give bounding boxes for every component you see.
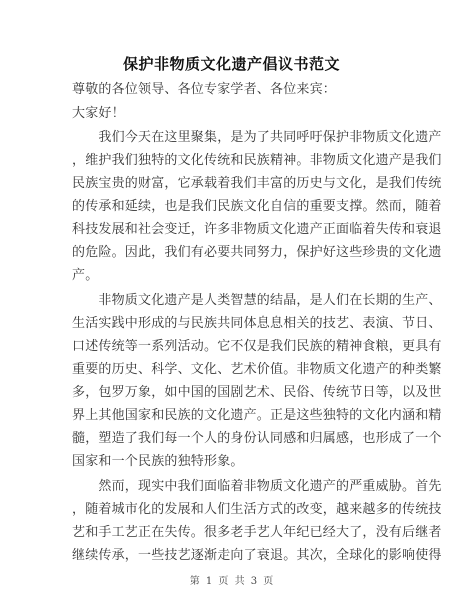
paragraph-line: 多，包罗万象，如中国的国剧艺术、民俗、传统节日等，以及世 (72, 381, 388, 401)
paragraph-line: 国家和一个民族的独特形象。 (72, 450, 388, 470)
document-title: 保护非物质文化遗产倡议书范文 (0, 53, 463, 74)
paragraph-line: 科技发展和社会变迁，许多非物质文化遗产正面临着失传和衰退 (72, 218, 388, 238)
paragraph-line: 生活实践中形成的与民族共同体息息相关的技艺、表演、节日、 (72, 312, 388, 332)
greeting: 大家好！ (72, 102, 388, 122)
paragraph-line: 重要的历史、科学、文化、艺术价值。非物质文化遗产的种类繁 (72, 358, 388, 378)
paragraph-line: 然而，现实中我们面临着非物质文化遗产的严重威胁。首先 (72, 475, 388, 495)
paragraph-line: 继续传承，一些技艺逐渐走向了衰退。其次，全球化的影响使得 (72, 544, 388, 564)
paragraph-line: 产。 (72, 264, 388, 284)
paragraph-line: 非物质文化遗产是人类智慧的结晶，是人们在长期的生产、 (72, 289, 388, 309)
paragraph-line: ，维护我们独特的文化传统和民族精神。非物质文化遗产是我们 (72, 149, 388, 169)
paragraph-line: 民族宝贵的财富，它承载着我们丰富的历史与文化，是我们传统 (72, 172, 388, 192)
paragraph-line: ，随着城市化的发展和人们生活方式的改变，越来越多的传统技 (72, 498, 388, 518)
page-number-footer: 第 1 页 共 3 页 (0, 572, 463, 587)
paragraph-line: 界上其他国家和民族的文化遗产。正是这些独特的文化内涵和精 (72, 404, 388, 424)
paragraph-line: 的传承和延续，也是我们民族文化自信的重要支撑。然而，随着 (72, 195, 388, 215)
paragraph-line: 的危险。因此，我们有必要共同努力，保护好这些珍贵的文化遗 (72, 241, 388, 261)
salutation: 尊敬的各位领导、各位专家学者、各位来宾： (72, 78, 388, 98)
paragraph-line: 髓，塑造了我们每一个人的身份认同感和归属感，也形成了一个 (72, 427, 388, 447)
paragraph-line: 艺和手工艺正在失传。很多老手艺人年纪已经大了，没有后继者 (72, 521, 388, 541)
paragraph-line: 口述传统等一系列活动。它不仅是我们民族的精神食粮，更具有 (72, 335, 388, 355)
document-page: 保护非物质文化遗产倡议书范文 尊敬的各位领导、各位专家学者、各位来宾： 大家好！… (0, 0, 463, 600)
paragraph-line: 我们今天在这里聚集，是为了共同呼吁保护非物质文化遗产 (72, 126, 388, 146)
